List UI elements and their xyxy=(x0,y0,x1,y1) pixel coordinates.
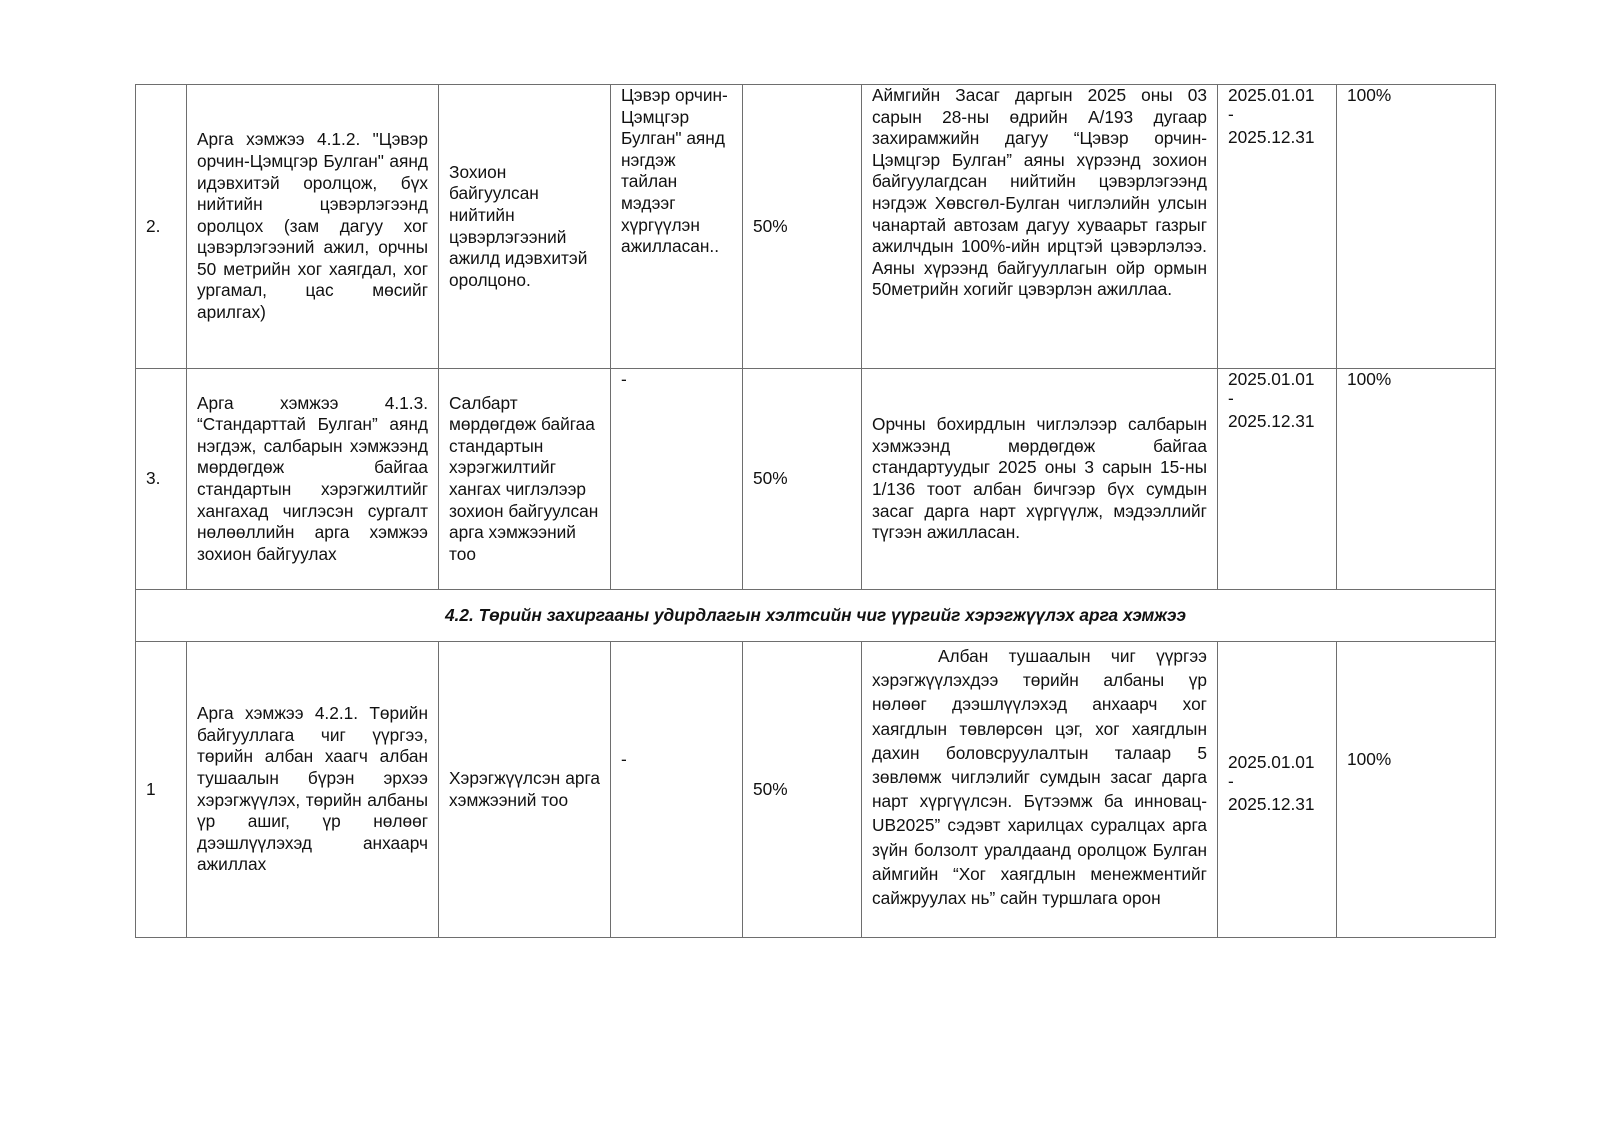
action-cell: Арга хэмжээ 4.1.3. “Стандарттай Булган” … xyxy=(187,369,439,590)
percent-cell: 100% xyxy=(1337,642,1496,938)
performance-cell: Аймгийн Засаг даргын 2025 оны 03 сарын 2… xyxy=(862,85,1218,369)
table-row: 2. Арга хэмжээ 4.1.2. "Цэвэр орчин-Цэмцг… xyxy=(136,85,1496,369)
baseline-cell: - xyxy=(611,642,743,938)
row-number: 3. xyxy=(136,369,187,590)
document-page: 2. Арга хэмжээ 4.1.2. "Цэвэр орчин-Цэмцг… xyxy=(0,0,1600,1131)
date-range-cell: 2025.01.01 - 2025.12.31 xyxy=(1218,85,1337,369)
table-row: 1 Арга хэмжээ 4.2.1. Төрийн байгууллага … xyxy=(136,642,1496,938)
action-plan-table: 2. Арга хэмжээ 4.1.2. "Цэвэр орчин-Цэмцг… xyxy=(135,84,1496,938)
indicator-cell: Хэрэгжүүлсэн арга хэмжээний тоо xyxy=(439,642,611,938)
baseline-cell: - xyxy=(611,369,743,590)
date-separator: - xyxy=(1228,107,1326,121)
row-number: 2. xyxy=(136,85,187,369)
section-heading-row: 4.2. Төрийн захиргааны удирдлагын хэлтси… xyxy=(136,590,1496,642)
date-start: 2025.01.01 xyxy=(1228,752,1326,774)
performance-cell: Орчны бохирдлын чиглэлээр салбарын хэмжэ… xyxy=(862,369,1218,590)
date-start: 2025.01.01 xyxy=(1228,85,1326,107)
action-cell: Арга хэмжээ 4.2.1. Төрийн байгууллага чи… xyxy=(187,642,439,938)
baseline-cell: Цэвэр орчин-Цэмцгэр Булган" аянд нэгдэж … xyxy=(611,85,743,369)
date-start: 2025.01.01 xyxy=(1228,369,1326,391)
target-cell: 50% xyxy=(743,369,862,590)
target-cell: 50% xyxy=(743,85,862,369)
date-separator: - xyxy=(1228,774,1326,788)
performance-cell: Албан тушаалын чиг үүргээ хэрэгжүүлэхдээ… xyxy=(862,642,1218,938)
indicator-cell: Салбарт мөрдөгдөж байгаа стандартын хэрэ… xyxy=(439,369,611,590)
date-end: 2025.12.31 xyxy=(1228,127,1326,149)
action-cell: Арга хэмжээ 4.1.2. "Цэвэр орчин-Цэмцгэр … xyxy=(187,85,439,369)
date-range-cell: 2025.01.01 - 2025.12.31 xyxy=(1218,369,1337,590)
date-range-cell: 2025.01.01 - 2025.12.31 xyxy=(1218,642,1337,938)
percent-cell: 100% xyxy=(1337,369,1496,590)
date-end: 2025.12.31 xyxy=(1228,794,1326,816)
section-heading: 4.2. Төрийн захиргааны удирдлагын хэлтси… xyxy=(136,590,1496,642)
percent-cell: 100% xyxy=(1337,85,1496,369)
date-end: 2025.12.31 xyxy=(1228,411,1326,433)
date-separator: - xyxy=(1228,391,1326,405)
row-number: 1 xyxy=(136,642,187,938)
indicator-cell: Зохион байгуулсан нийтийн цэвэрлэгээний … xyxy=(439,85,611,369)
table-row: 3. Арга хэмжээ 4.1.3. “Стандарттай Булга… xyxy=(136,369,1496,590)
target-cell: 50% xyxy=(743,642,862,938)
